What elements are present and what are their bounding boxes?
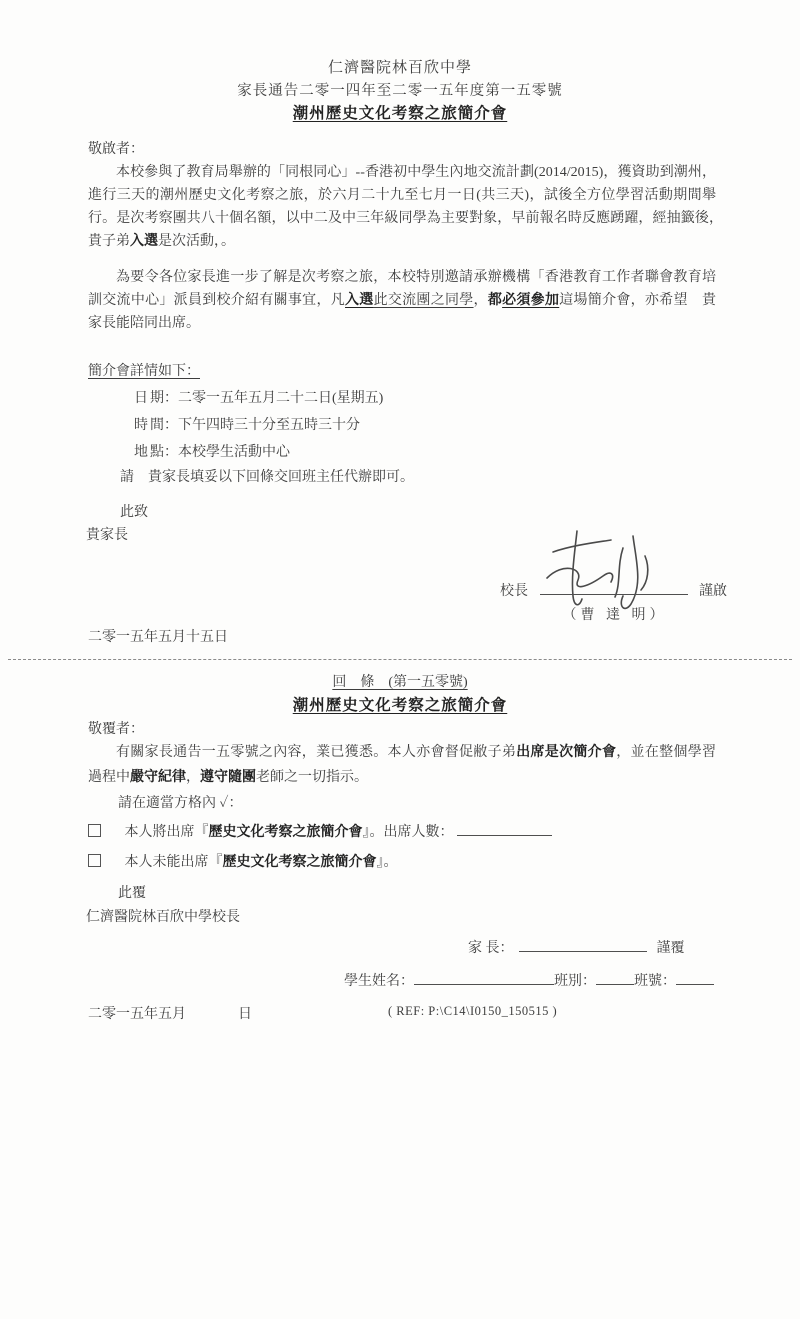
notice-title-text: 潮州歷史文化考察之旅簡介會 [293, 105, 508, 122]
paragraph-2: 為要令各位家長進一步了解是次考察之旅，本校特別邀請承辦機構「香港教育工作者聯會教… [88, 266, 716, 335]
reply-date-line: 二零一五年五月日 [88, 1003, 252, 1023]
para1-selected-emphasis: 入選 [130, 234, 158, 249]
reply-addressee: 仁濟醫院林百欣中學校長 [86, 906, 240, 926]
detail-time-value: 下午四時三十分至五時三十分 [178, 418, 360, 433]
para2-comma: ， [474, 293, 488, 308]
attendee-count-field[interactable] [457, 821, 552, 836]
attend-option-row: 本人將出席『歷史文化考察之旅簡介會』。出席人數： [88, 821, 552, 841]
salutation: 敬啟者： [88, 138, 144, 158]
principal-name: （曹 達 明） [540, 604, 690, 624]
not-attend-option-row: 本人未能出席『歷史文化考察之旅簡介會』。 [88, 851, 398, 871]
class-number-field[interactable] [676, 970, 714, 985]
reply-slip-subtitle-text: 潮州歷史文化考察之旅簡介會 [293, 697, 508, 714]
principal-signature-field[interactable] [540, 580, 688, 595]
parent-honorific: 謹覆 [657, 941, 685, 956]
scanned-notice-document: 仁濟醫院林百欣中學 家長通告二零一四年至二零一五年度第一五零號 潮州歷史文化考察… [0, 0, 800, 1319]
reply-obey-emphasis: 遵守隨團 [200, 770, 256, 785]
detail-venue-row: 地點：本校學生活動中心 [134, 439, 383, 466]
reply-salutation: 敬覆者： [88, 718, 144, 738]
class-field[interactable] [596, 970, 634, 985]
request-line: 請 貴家長填妥以下回條交回班主任代辦即可。 [120, 466, 414, 486]
reply-slip-title-text: 回 條 (第一五零號) [332, 675, 467, 690]
school-name: 仁濟醫院林百欣中學 [0, 56, 800, 77]
not-attend-option-text: 本人未能出席『歷史文化考察之旅簡介會』。 [125, 855, 398, 870]
reply-text-end: 老師之一切指示。 [256, 770, 368, 785]
reply-slip-title: 回 條 (第一五零號) [0, 671, 800, 691]
reply-slip-subtitle: 潮州歷史文化考察之旅簡介會 [0, 693, 800, 715]
detail-venue-value: 本校學生活動中心 [178, 445, 290, 460]
class-label: 班別： [554, 974, 596, 989]
principal-label: 校長 [500, 584, 528, 599]
detail-date-label: 日期： [134, 385, 178, 412]
reply-closing: 此覆 [118, 882, 146, 902]
class-number-label: 班號： [634, 974, 676, 989]
closing-addressee: 貴家長 [86, 524, 128, 544]
details-heading: 簡介會詳情如下： [88, 360, 200, 380]
para2-underlined: 此交流團之同學 [374, 293, 474, 308]
not-attend-checkbox[interactable] [88, 854, 101, 867]
detail-date-value: 二零一五年五月二十二日(星期五) [178, 391, 383, 406]
reply-date-prefix: 二零一五年五月 [88, 1007, 186, 1022]
student-info-line: 學生姓名：班別：班號： [344, 970, 714, 990]
parent-signature-field[interactable] [519, 937, 647, 952]
attend-option-text: 本人將出席『歷史文化考察之旅簡介會』。出席人數： [125, 825, 454, 840]
para2-all-emphasis: 都 [488, 293, 502, 308]
reply-paragraph: 有關家長通告一五零號之內容，業已獲悉。本人亦會督促敝子弟出席是次簡介會，並在整個… [88, 740, 716, 790]
tick-instruction: 請在適當方格內 ✓： [118, 792, 243, 812]
parent-label: 家 長： [468, 941, 514, 956]
tear-off-dashed-line [8, 659, 792, 660]
reply-text: 有關家長通告一五零號之內容，業已獲悉。本人亦會督促敝子弟 [116, 745, 516, 760]
reference-code: ( REF: P:\C14\I0150_150515 ) [388, 1004, 557, 1019]
parent-sign-line: 家 長： 謹覆 [468, 937, 685, 957]
notice-number-line: 家長通告二零一四年至二零一五年度第一五零號 [0, 79, 800, 100]
closing-to: 此致 [120, 501, 148, 521]
reply-comma: ， [186, 770, 200, 785]
principal-sign-line: 校長 謹啟 [500, 580, 727, 600]
para1-text-end: 是次活動，。 [158, 234, 235, 249]
student-name-field[interactable] [414, 970, 554, 985]
para2-must-attend-emphasis: 必須參加 [502, 293, 559, 308]
detail-date-row: 日期：二零一五年五月二十二日(星期五) [134, 385, 383, 412]
letter-date: 二零一五年五月十五日 [88, 626, 228, 646]
attend-checkbox[interactable] [88, 824, 101, 837]
reply-date-suffix: 日 [238, 1007, 252, 1022]
reply-discipline-emphasis: 嚴守紀律 [130, 770, 186, 785]
paragraph-1: 本校參與了教育局舉辦的「同根同心」--香港初中學生內地交流計劃(2014/201… [88, 161, 716, 253]
detail-venue-label: 地點： [134, 439, 178, 466]
student-name-label: 學生姓名： [344, 974, 414, 989]
para2-selected-emphasis: 入選 [345, 293, 374, 308]
reply-attend-emphasis: 出席是次簡介會 [516, 745, 616, 760]
detail-time-label: 時間： [134, 412, 178, 439]
details-list: 日期：二零一五年五月二十二日(星期五) 時間：下午四時三十分至五時三十分 地點：… [134, 385, 383, 466]
detail-time-row: 時間：下午四時三十分至五時三十分 [134, 412, 383, 439]
principal-honorific: 謹啟 [699, 584, 727, 599]
principal-signature-handwriting [533, 528, 668, 616]
notice-title: 潮州歷史文化考察之旅簡介會 [0, 101, 800, 123]
